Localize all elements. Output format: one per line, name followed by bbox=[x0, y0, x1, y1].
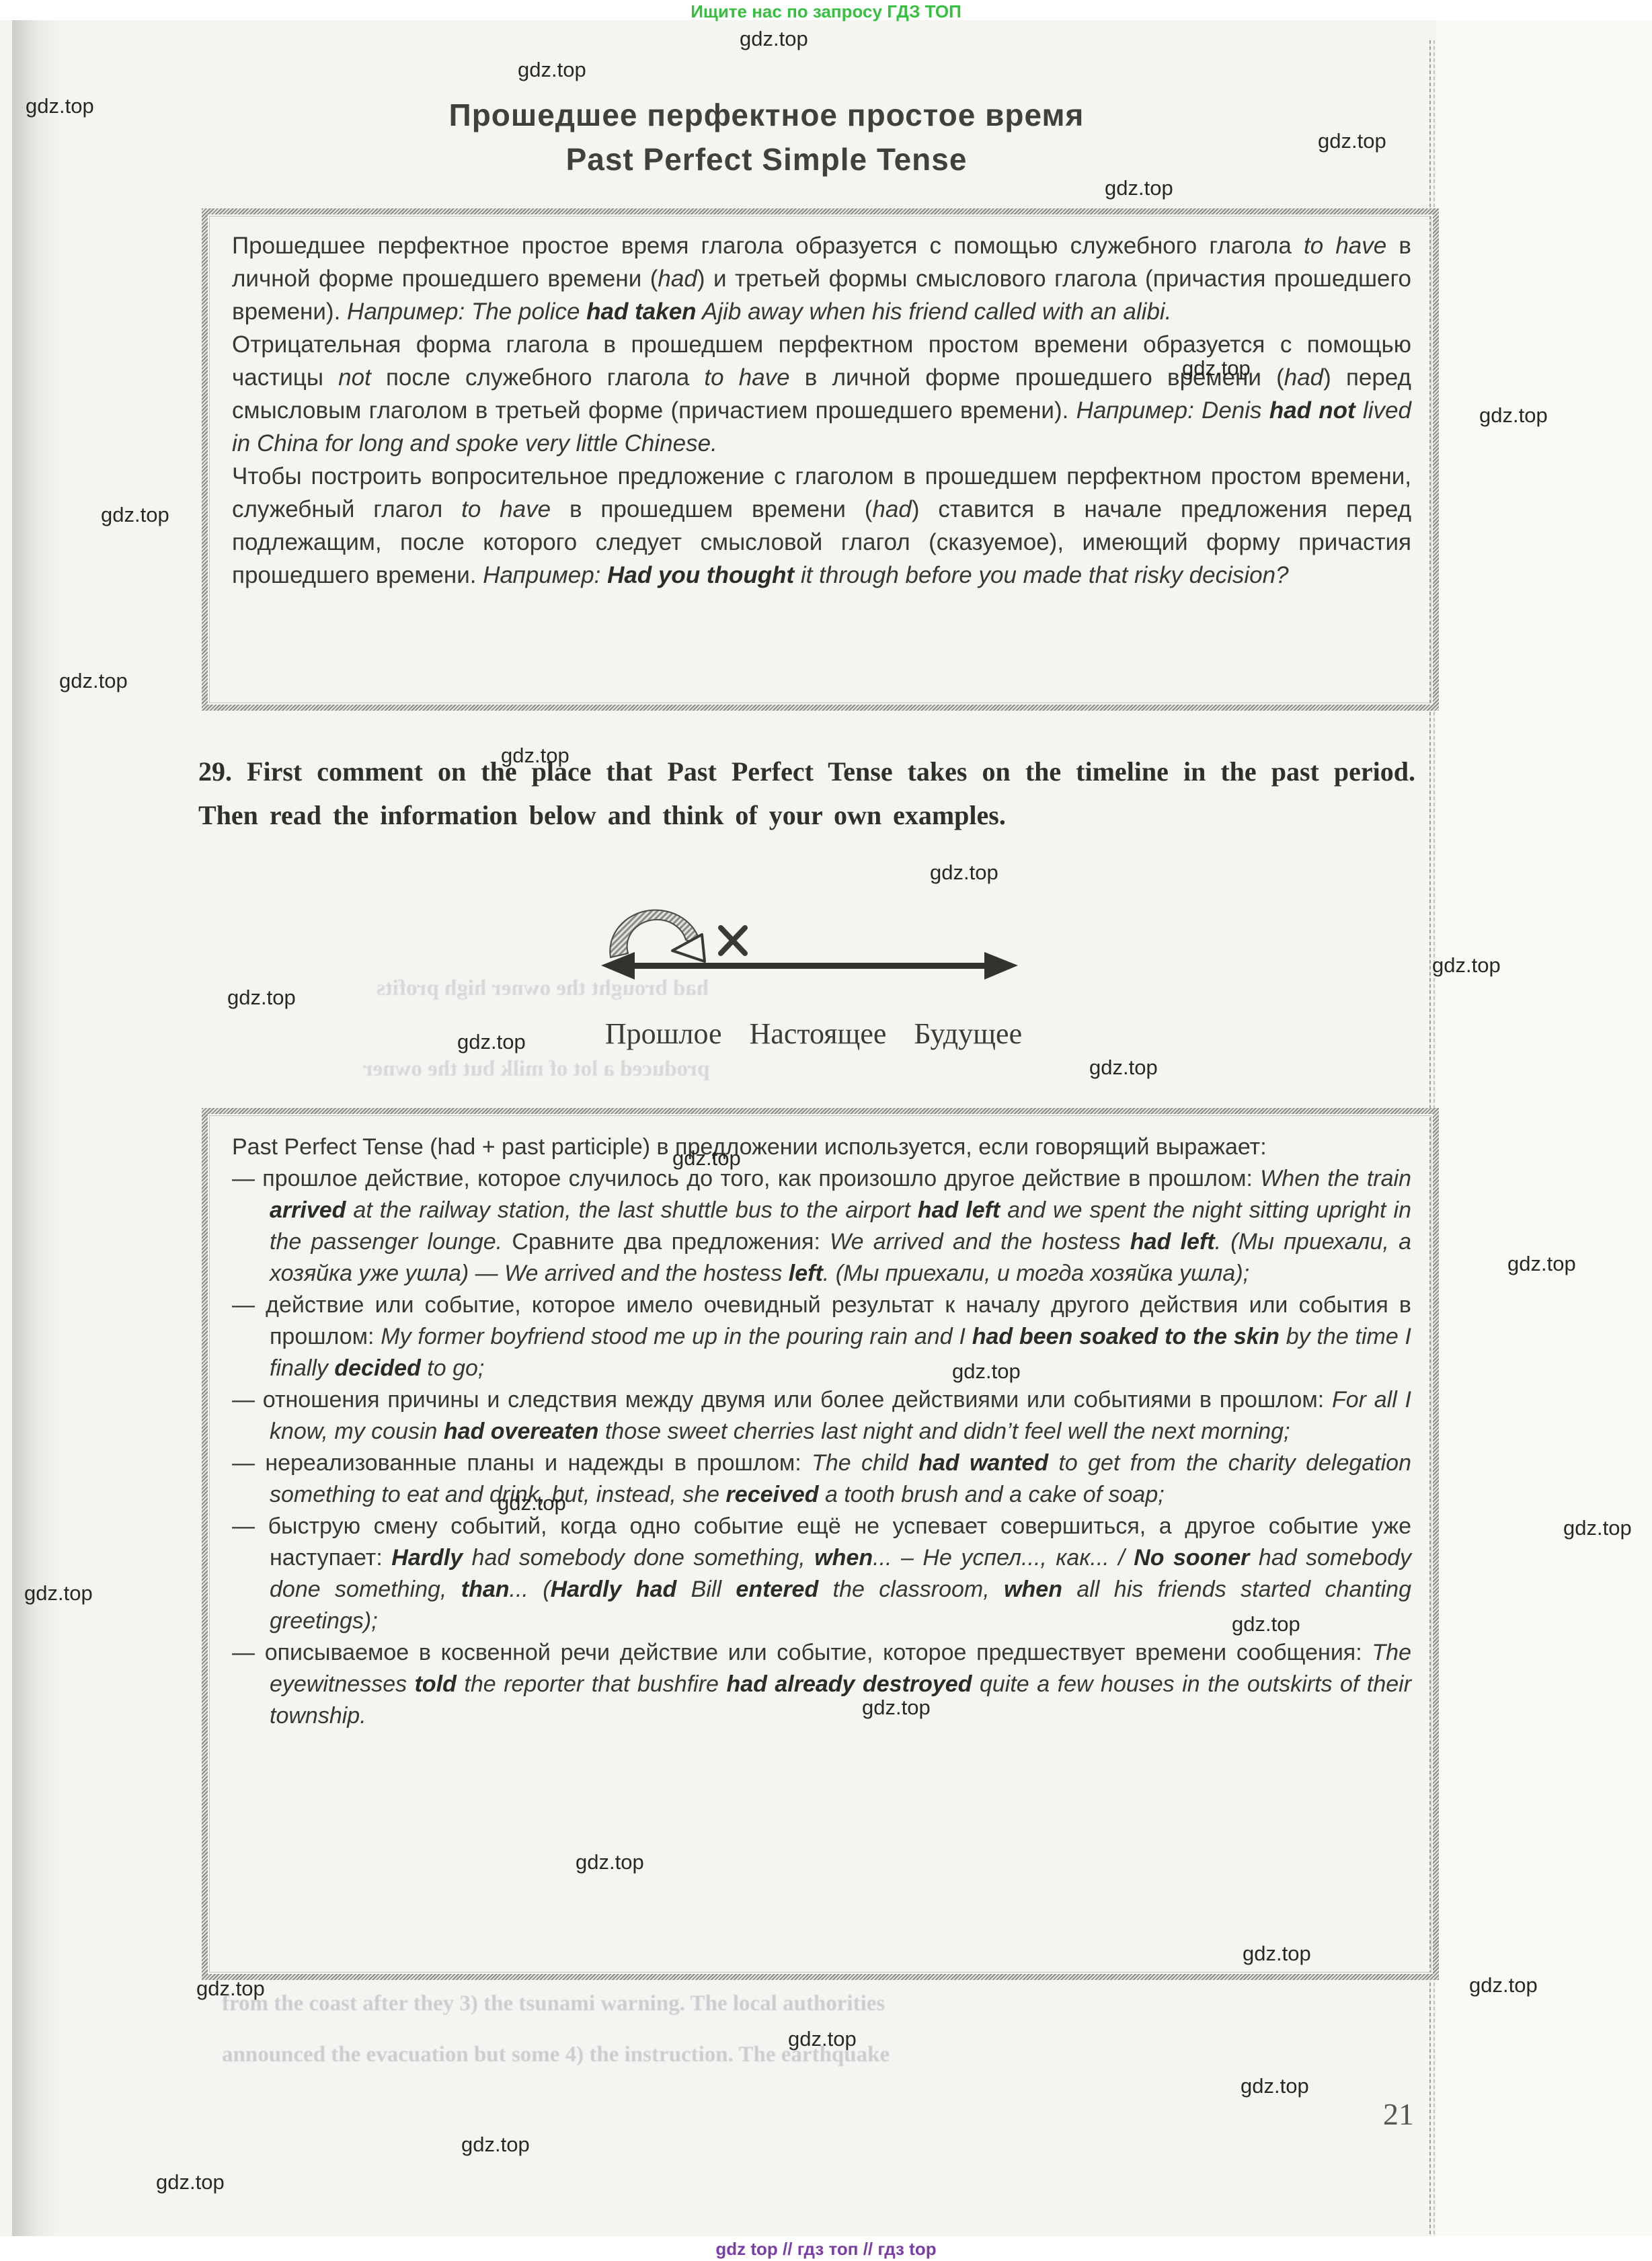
gdz-watermark: gdz.top bbox=[26, 94, 94, 118]
gdz-watermark: gdz.top bbox=[156, 2170, 225, 2194]
text-segment: entered bbox=[736, 1577, 818, 1602]
text-segment: Hardly bbox=[391, 1545, 463, 1571]
gdz-watermark: gdz.top bbox=[1432, 953, 1501, 978]
exercise-29-instruction: 29. First comment on the place that Past… bbox=[198, 750, 1415, 837]
text-segment: had bbox=[658, 266, 697, 292]
text-segment: When the train bbox=[1260, 1166, 1411, 1191]
gdz-watermark: gdz.top bbox=[101, 503, 169, 527]
gdz-watermark: gdz.top bbox=[518, 58, 586, 82]
text-segment: to have bbox=[1304, 233, 1386, 259]
gdz-watermark: gdz.top bbox=[1563, 1516, 1632, 1540]
gdz-watermark: gdz.top bbox=[1182, 356, 1251, 381]
gdz-watermark: gdz.top bbox=[1507, 1252, 1576, 1276]
text-segment: had wanted bbox=[918, 1450, 1048, 1476]
gdz-watermark: gdz.top bbox=[1105, 176, 1173, 200]
gdz-watermark: gdz.top bbox=[1479, 403, 1548, 428]
text-segment: to have bbox=[704, 364, 789, 391]
page-fold-shadow bbox=[12, 20, 59, 2236]
text-segment: the reporter that bushfire bbox=[457, 1671, 727, 1697]
text-segment: when bbox=[1004, 1577, 1062, 1602]
text-segment: — описываемое в косвенной речи действие … bbox=[232, 1640, 1372, 1665]
text-segment: had overeaten bbox=[444, 1419, 599, 1444]
text-segment: a tooth brush and a cake of soap; bbox=[819, 1482, 1165, 1507]
text-segment: those sweet cherries last night and didn… bbox=[598, 1419, 1290, 1444]
gdz-watermark: gdz.top bbox=[952, 1359, 1021, 1384]
usage-bullet: — нереализованные планы и надежды в прош… bbox=[232, 1447, 1411, 1511]
gdz-watermark: gdz.top bbox=[24, 1581, 93, 1605]
gdz-watermark: gdz.top bbox=[498, 1491, 566, 1515]
text-segment: had somebody done something, bbox=[463, 1545, 814, 1571]
gdz-watermark: gdz.top bbox=[1232, 1612, 1300, 1636]
text-segment: had bbox=[872, 496, 911, 522]
header-promo-text: Ищите нас по запросу ГДЗ ТОП bbox=[0, 1, 1652, 22]
text-segment: left bbox=[789, 1261, 823, 1286]
text-segment: arrived bbox=[270, 1197, 346, 1223]
text-segment: it through before you made that risky de… bbox=[794, 562, 1288, 588]
scanned-textbook-page: Ищите нас по запросу ГДЗ ТОП Прошедшее п… bbox=[0, 0, 1652, 2261]
usage-bullet: — отношения причины и следствия между дв… bbox=[232, 1384, 1411, 1447]
usage-bullet-list: — прошлое действие, которое случилось до… bbox=[232, 1163, 1411, 1732]
text-segment: My former boyfriend stood me up in the p… bbox=[381, 1324, 972, 1349]
text-segment: Ajib away when his friend called with an… bbox=[697, 299, 1172, 325]
gdz-watermark: gdz.top bbox=[1089, 1056, 1158, 1080]
text-segment: received bbox=[726, 1482, 819, 1507]
gdz-watermark: gdz.top bbox=[1318, 129, 1386, 153]
text-segment: Had you thought bbox=[607, 562, 794, 588]
rule-paragraph: Отрицательная форма глагола в прошедшем … bbox=[232, 328, 1411, 460]
gdz-watermark: gdz.top bbox=[740, 27, 808, 51]
usage-rules-box: Past Perfect Tense (had + past participl… bbox=[202, 1108, 1439, 1980]
gdz-watermark: gdz.top bbox=[457, 1030, 526, 1054]
gdz-watermark: gdz.top bbox=[461, 2133, 530, 2157]
rule-paragraph: Чтобы построить вопросительное предложен… bbox=[232, 460, 1411, 592]
gdz-watermark: gdz.top bbox=[59, 669, 128, 693]
text-segment: — прошлое действие, которое случилось до… bbox=[232, 1166, 1260, 1191]
gdz-watermark: gdz.top bbox=[672, 1146, 741, 1171]
text-segment: ... ( bbox=[510, 1577, 551, 1602]
text-segment: Прошедшее перфектное простое время глаго… bbox=[232, 233, 1304, 259]
past-event-marker bbox=[721, 928, 745, 953]
usage-intro: Past Perfect Tense (had + past participl… bbox=[232, 1132, 1411, 1163]
footer-watermark-text: gdz top // гдз топ // гдз top bbox=[0, 2239, 1652, 2260]
text-segment: had bbox=[1284, 364, 1323, 391]
bleed-through-text: had brought the owner high profits bbox=[377, 976, 709, 1001]
page-title: Прошедшее перфектное простое время Past … bbox=[229, 93, 1304, 182]
gdz-watermark: gdz.top bbox=[862, 1696, 931, 1720]
title-english: Past Perfect Simple Tense bbox=[229, 137, 1304, 182]
text-segment: Например: The police bbox=[347, 299, 586, 325]
gdz-watermark: gdz.top bbox=[1243, 1942, 1311, 1966]
text-segment: No sooner bbox=[1134, 1545, 1249, 1571]
rule-paragraph: Прошедшее перфектное простое время глаго… bbox=[232, 229, 1411, 328]
text-segment: when bbox=[814, 1545, 873, 1571]
gdz-watermark: gdz.top bbox=[1241, 2074, 1309, 2098]
usage-bullet: — действие или событие, которое имело оч… bbox=[232, 1290, 1411, 1384]
text-segment: Bill bbox=[676, 1577, 736, 1602]
text-segment: Например: bbox=[483, 562, 607, 588]
title-russian: Прошедшее перфектное простое время bbox=[229, 93, 1304, 137]
text-segment: — нереализованные планы и надежды в прош… bbox=[232, 1450, 812, 1476]
text-segment: . (Мы приехали, и тогда хозяйка ушла); bbox=[823, 1261, 1249, 1286]
text-segment: после служебного глагола bbox=[371, 364, 705, 391]
bleed-through-text: from the coast after they 3) the tsunami… bbox=[222, 1991, 885, 2016]
text-segment: Сравните два предложения: bbox=[502, 1229, 830, 1255]
text-segment: to have bbox=[461, 496, 551, 522]
bleed-through-text: announced the evacuation but some 4) the… bbox=[222, 2042, 890, 2067]
gdz-watermark: gdz.top bbox=[501, 744, 569, 768]
text-segment: The child bbox=[812, 1450, 918, 1476]
text-segment: than bbox=[461, 1577, 510, 1602]
grammar-rule-box: Прошедшее перфектное простое время глаго… bbox=[202, 208, 1439, 711]
bleed-through-text: produced a lot of milk but the owner bbox=[363, 1057, 710, 1082]
text-segment: had not bbox=[1269, 397, 1355, 424]
text-segment: ... – Не успел..., как... / bbox=[873, 1545, 1134, 1571]
page-right-margin bbox=[1436, 20, 1652, 2236]
text-segment: to go; bbox=[421, 1355, 485, 1381]
usage-bullet: — прошлое действие, которое случилось до… bbox=[232, 1163, 1411, 1290]
text-segment: told bbox=[415, 1671, 457, 1697]
text-segment: had left bbox=[918, 1197, 1000, 1223]
text-segment: decided bbox=[334, 1355, 420, 1381]
gdz-watermark: gdz.top bbox=[1469, 1973, 1538, 1997]
text-segment: Например: Denis bbox=[1076, 397, 1269, 424]
text-segment: the classroom, bbox=[818, 1577, 1004, 1602]
timeline-label: Прошлое Настоящее Будущее bbox=[578, 1017, 1049, 1051]
text-segment: — отношения причины и следствия между дв… bbox=[232, 1387, 1332, 1413]
usage-bullet: — описываемое в косвенной речи действие … bbox=[232, 1637, 1411, 1732]
text-segment: at the railway station, the last shuttle… bbox=[346, 1197, 917, 1223]
gdz-watermark: gdz.top bbox=[227, 986, 296, 1010]
text-segment: had left bbox=[1130, 1229, 1215, 1255]
page-number: 21 bbox=[1372, 2096, 1425, 2132]
text-segment: had been soaked to the skin bbox=[972, 1324, 1280, 1349]
text-segment: в прошедшем времени ( bbox=[551, 496, 872, 522]
text-segment: Hardly had bbox=[551, 1577, 677, 1602]
time-axis-arrow bbox=[601, 952, 1018, 980]
gdz-watermark: gdz.top bbox=[930, 861, 998, 885]
text-segment: not bbox=[338, 364, 371, 391]
text-segment: had already destroyed bbox=[726, 1671, 972, 1697]
gdz-watermark: gdz.top bbox=[576, 1850, 644, 1874]
text-segment: We arrived and the hostess bbox=[830, 1229, 1130, 1255]
text-segment: had taken bbox=[586, 299, 696, 325]
backshift-arc-icon bbox=[610, 910, 705, 961]
